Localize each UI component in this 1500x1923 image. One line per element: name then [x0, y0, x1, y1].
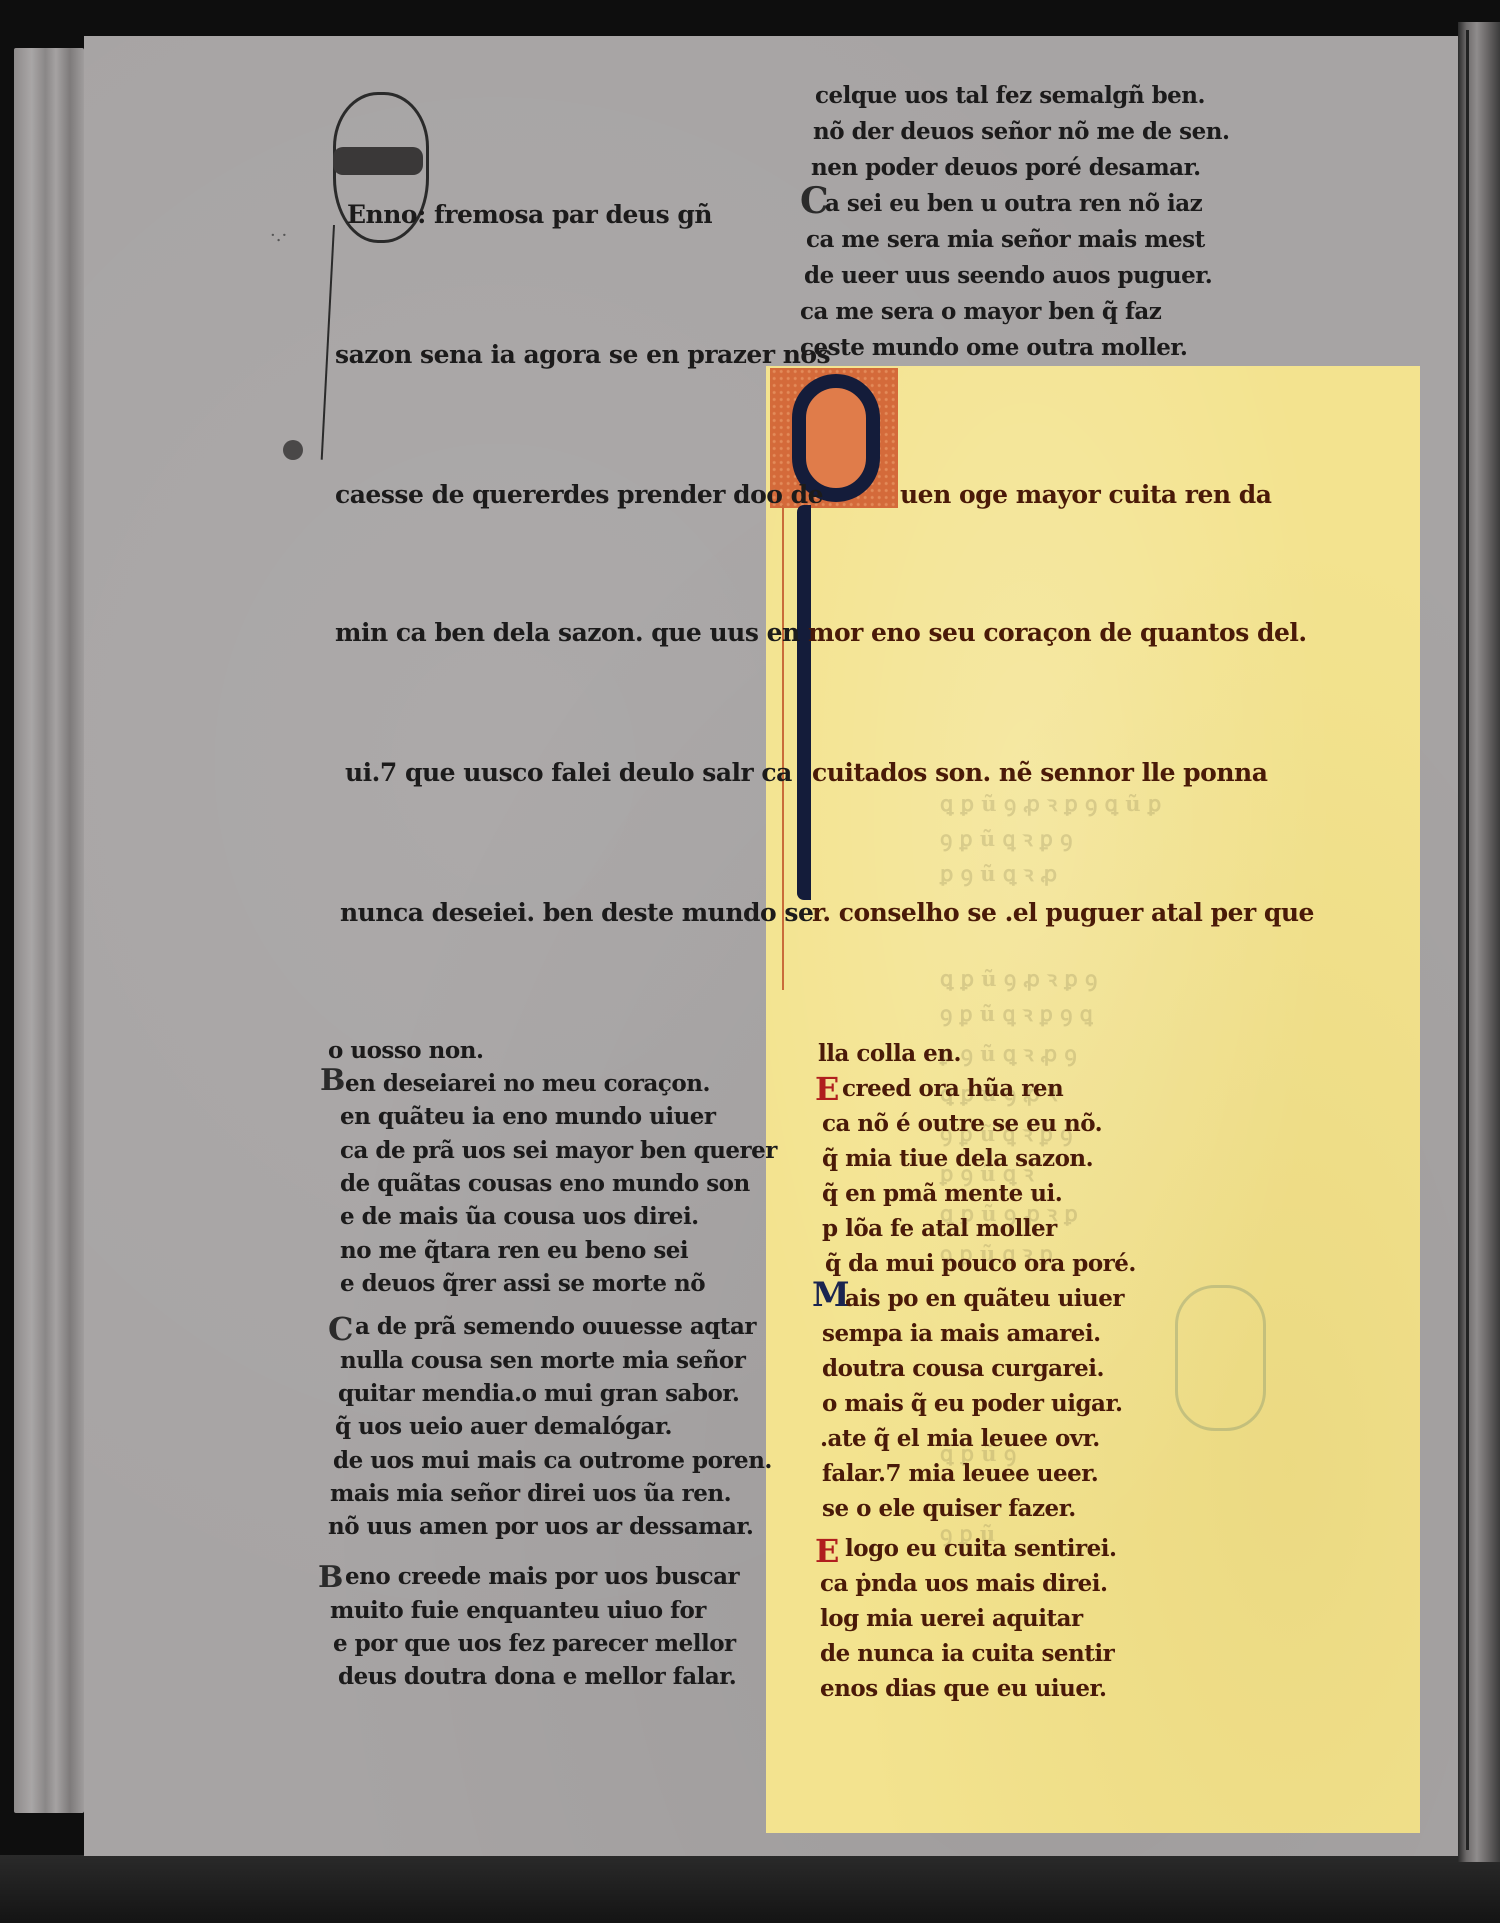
text-line: a de prã semendo ouuesse aqtar — [355, 1313, 756, 1340]
text-line: se o ele quiser fazer. — [822, 1495, 1076, 1522]
text-line: r. conselho se .el puguer atal per que — [812, 898, 1314, 927]
initial-Q-descender — [797, 505, 811, 900]
initial-B: B — [320, 1063, 345, 1098]
text-line: o mais q̃ eu poder uigar. — [822, 1390, 1122, 1417]
text-line: p lõa fe atal moller — [822, 1215, 1057, 1242]
text-line: en quãteu ia eno mundo uiuer — [340, 1103, 716, 1130]
text-line: uen oge mayor cuita ren da — [900, 480, 1271, 509]
text-line: e por que uos fez parecer mellor — [333, 1630, 736, 1657]
text-line: Enno: fremosa par deus gñ — [347, 200, 712, 229]
text-line: nunca deseiei. ben deste mundo se — [340, 898, 813, 927]
text-line: q̃ uos ueio auer demalógar. — [335, 1413, 672, 1440]
text-line: quitar mendia.o mui gran sabor. — [338, 1380, 739, 1407]
text-line: lla colla en. — [818, 1040, 961, 1067]
text-line: o uosso non. — [328, 1037, 483, 1064]
text-line: sempa ia mais amarei. — [822, 1320, 1101, 1347]
text-line: en deseiarei no meu coraçon. — [345, 1070, 710, 1097]
text-line: ca de prã uos sei mayor ben querer — [340, 1137, 777, 1164]
text-line: e de mais ũa cousa uos direi. — [340, 1203, 699, 1230]
text-line: de quãtas cousas eno mundo son — [340, 1170, 750, 1197]
text-line: min ca ben dela sazon. que uus en — [335, 618, 800, 647]
text-line: .ate q̃ el mia leuee ovr. — [820, 1425, 1100, 1452]
text-line: e deuos q̃rer assi se morte nõ — [340, 1270, 705, 1297]
text-line: celque uos tal fez semalgñ ben. — [815, 82, 1205, 109]
text-line: eno creede mais por uos buscar — [345, 1563, 739, 1590]
marginal-mark: ·.· — [270, 225, 287, 246]
initial-S-flourish-tail — [283, 440, 303, 460]
text-line: ca me sera o mayor ben q̃ faz — [800, 298, 1161, 325]
text-line: nõ uus amen por uos ar dessamar. — [328, 1513, 753, 1540]
text-line: ceste mundo ome outra moller. — [800, 334, 1187, 361]
text-line: sazon sena ia agora se en prazer nos — [335, 340, 830, 369]
gutter-shadow-line — [1466, 30, 1469, 1850]
text-line: ui.7 que uusco falei deulo salr ca — [345, 758, 792, 787]
text-line: doutra cousa curgarei. — [822, 1355, 1104, 1382]
initial-B: B — [318, 1560, 343, 1595]
text-line: ca me sera mia señor mais mest — [806, 226, 1205, 253]
text-line: deus doutra dona e mellor falar. — [338, 1663, 736, 1690]
text-line: a sei eu ben u outra ren nõ iaz — [825, 190, 1202, 217]
text-line: de nunca ia cuita sentir — [820, 1640, 1114, 1667]
red-initial-E: E — [815, 1070, 839, 1108]
text-line: logo eu cuita sentirei. — [845, 1535, 1117, 1562]
text-line: creed ora hũa ren — [842, 1075, 1063, 1102]
text-line: nulla cousa sen morte mia señor — [340, 1347, 745, 1374]
red-initial-E: E — [815, 1532, 839, 1570]
text-line: q̃ en pmã mente ui. — [822, 1180, 1062, 1207]
initial-C: C — [328, 1310, 353, 1348]
text-line: q̃ da mui pouco ora poré. — [825, 1250, 1136, 1277]
text-line: mor eno seu coraçon de quantos del. — [808, 618, 1307, 647]
bleed-through-initial-icon — [1175, 1285, 1266, 1431]
text-line: de uos mui mais ca outrome poren. — [333, 1447, 772, 1474]
text-line: ca nõ é outre se eu nõ. — [822, 1110, 1102, 1137]
text-line: mais mia señor direi uos ũa ren. — [330, 1480, 731, 1507]
text-line: enos dias que eu uiuer. — [820, 1675, 1106, 1702]
text-line: q̃ mia tiue dela sazon. — [822, 1145, 1093, 1172]
text-line: caesse de quererdes prender doo de — [335, 480, 823, 509]
text-line: nen poder deuos poré desamar. — [811, 154, 1201, 181]
text-line: cuitados son. nẽ sennor lle ponna — [812, 758, 1267, 787]
text-line: ca ṗnda uos mais direi. — [820, 1570, 1107, 1597]
text-line: no me q̃tara ren eu beno sei — [340, 1237, 688, 1264]
blue-initial-M: M — [812, 1275, 850, 1315]
text-line: nõ der deuos señor nõ me de sen. — [813, 118, 1230, 145]
text-line: ais po en quãteu uiuer — [845, 1285, 1124, 1312]
text-line: muito fuie enquanteu uiuo for — [330, 1597, 706, 1624]
text-line: falar.7 mia leuee ueer. — [822, 1460, 1098, 1487]
book-bottom-edge — [0, 1855, 1500, 1923]
text-line: de ueer uus seendo auos puguer. — [804, 262, 1212, 289]
page-stack-edges — [14, 48, 84, 1813]
book-gutter — [1458, 22, 1500, 1862]
text-line: log mia uerei aquitar — [820, 1605, 1083, 1632]
